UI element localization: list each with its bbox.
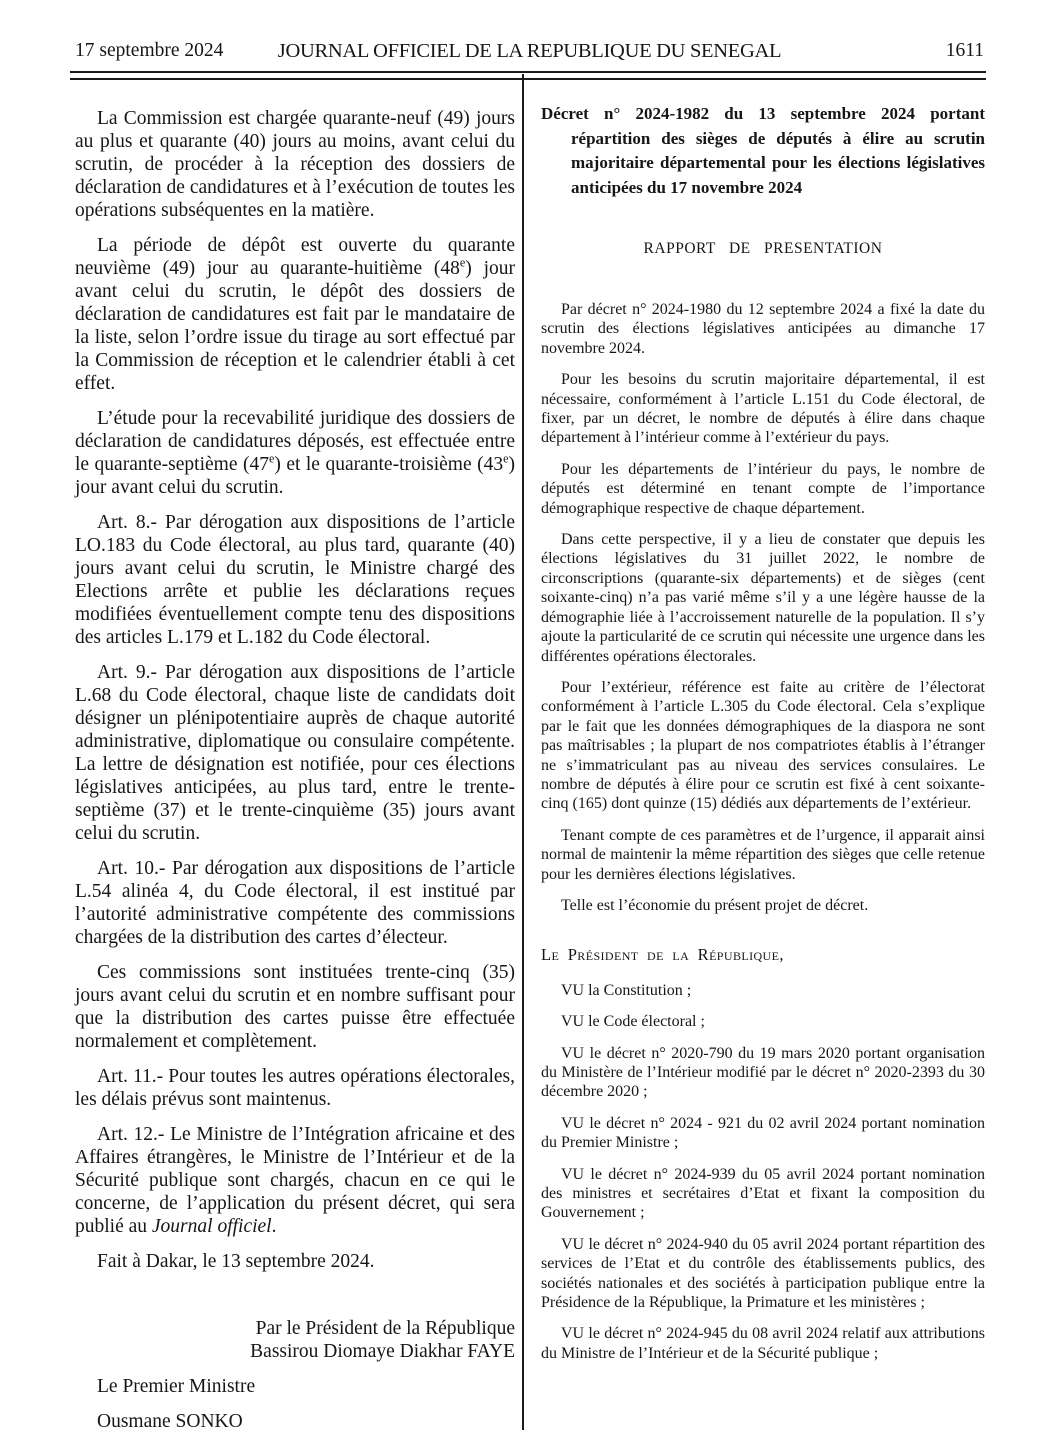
prime-minister-name: Ousmane SONKO [75,1410,515,1433]
paragraph: Art. 10.- Par dérogation aux disposition… [75,857,515,949]
left-column: La Commission est chargée quarante-neuf … [75,107,515,1433]
paragraph: VU le décret n° 2024-945 du 08 avril 202… [541,1324,985,1363]
paragraph: Fait à Dakar, le 13 septembre 2024. [75,1250,515,1273]
paragraph: Art. 8.- Par dérogation aux dispositions… [75,511,515,649]
paragraph: Pour les besoins du scrutin majoritaire … [541,370,985,448]
vu-list: VU la Constitution ;VU le Code électoral… [541,981,985,1364]
paragraph: VU la Constitution ; [541,981,985,1000]
paragraph: Tenant compte de ces paramètres et de l’… [541,826,985,884]
page-header: 17 septembre 2024 JOURNAL OFFICIEL DE LA… [75,40,984,68]
decree-title: Décret n° 2024-1982 du 13 septembre 2024… [541,102,985,200]
signature-by-line: Par le Président de la République [75,1317,515,1340]
paragraph: VU le décret n° 2024 - 921 du 02 avril 2… [541,1114,985,1153]
paragraph: VU le décret n° 2020-790 du 19 mars 2020… [541,1044,985,1102]
prime-minister-title: Le Premier Ministre [75,1375,515,1398]
paragraph: Pour les départements de l’intérieur du … [541,460,985,518]
paragraph: Ces commissions sont instituées trente-c… [75,961,515,1053]
paragraph: Dans cette perspective, il y a lieu de c… [541,530,985,666]
paragraph: Telle est l’économie du présent projet d… [541,896,985,915]
header-double-rule [70,71,986,80]
paragraph: VU le décret n° 2024-939 du 05 avril 202… [541,1165,985,1223]
paragraph: La Commission est chargée quarante-neuf … [75,107,515,222]
president-name: Bassirou Diomaye Diakhar FAYE [75,1340,515,1363]
rapport-paragraphs: Par décret n° 2024-1980 du 12 septembre … [541,300,985,915]
header-page-number: 1611 [946,40,984,62]
paragraph: VU le Code électoral ; [541,1012,985,1031]
signature-block: Par le Président de la République Bassir… [75,1317,515,1433]
right-column: Décret n° 2024-1982 du 13 septembre 2024… [541,102,985,1375]
paragraph: Art. 12.- Le Ministre de l’Intégration a… [75,1123,515,1238]
left-column-paragraphs: La Commission est chargée quarante-neuf … [75,107,515,1273]
header-date: 17 septembre 2024 [75,40,223,62]
paragraph: Pour l’extérieur, référence est faite au… [541,678,985,814]
paragraph: La période de dépôt est ouverte du quara… [75,234,515,395]
president-intro-line: Le Président de la République, [541,945,985,964]
paragraph: VU le décret n° 2024-940 du 05 avril 202… [541,1235,985,1313]
journal-page: 17 septembre 2024 JOURNAL OFFICIEL DE LA… [0,0,1054,1442]
paragraph: Art. 11.- Pour toutes les autres opérati… [75,1065,515,1111]
paragraph: L’étude pour la recevabilité juridique d… [75,407,515,499]
paragraph: Par décret n° 2024-1980 du 12 septembre … [541,300,985,358]
paragraph: Art. 9.- Par dérogation aux dispositions… [75,661,515,845]
header-journal-title: JOURNAL OFFICIEL DE LA REPUBLIQUE DU SEN… [278,40,781,63]
column-divider [522,74,524,1430]
rapport-heading: RAPPORT DE PRESENTATION [541,240,985,258]
